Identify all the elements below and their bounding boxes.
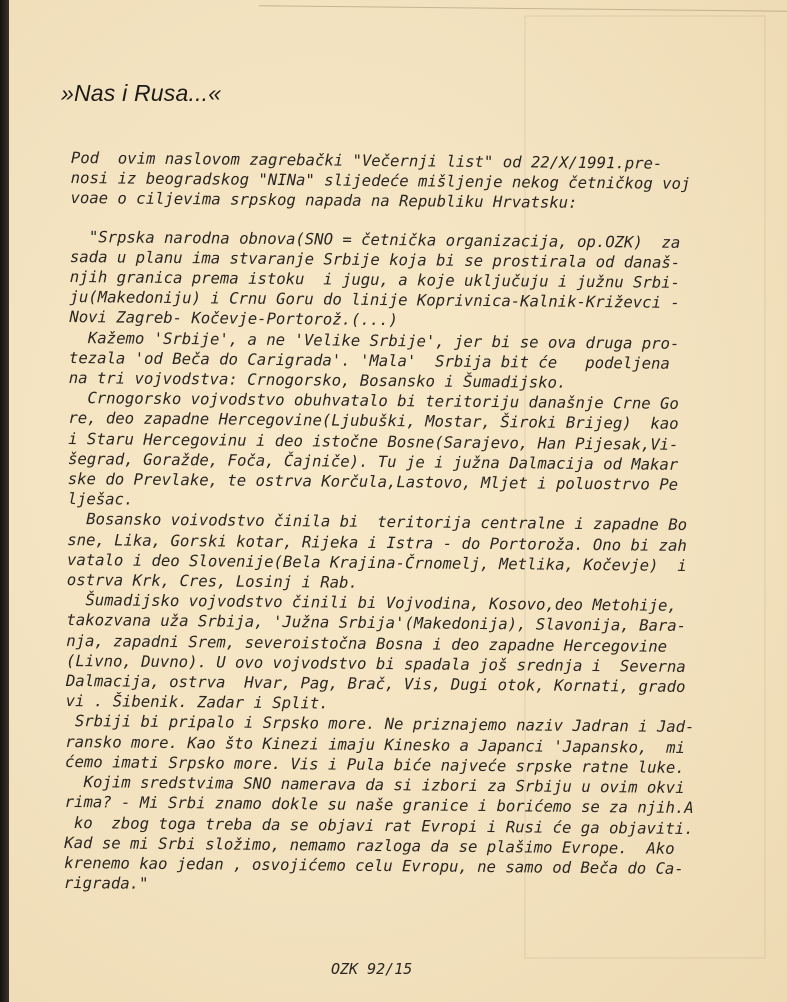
quoted-statement: "Srpska narodna obnova(SNO = četnička or… <box>64 227 750 900</box>
archive-reference: OZK 92/15 <box>331 960 412 978</box>
quote-paragraph: Šumadijsko vojvodstvo činili bi Vojvodin… <box>66 590 747 718</box>
quote-paragraph: Srbiji bi pripalo i Srpsko more. Ne priz… <box>65 711 746 778</box>
page-title: »Nas i Rusa...« <box>61 80 221 107</box>
quote-paragraph: "Srpska narodna obnova(SNO = četnička or… <box>69 227 750 335</box>
quote-paragraph: Crnogorsko vojvodstvo obuhvatalo bi teri… <box>68 388 749 516</box>
quote-paragraph: Bosansko voivodstvo činila bi teritorija… <box>67 509 748 596</box>
intro-paragraph: Pod ovim naslovom zagrebački "Večernji l… <box>70 148 751 215</box>
document-page: »Nas i Rusa...« Pod ovim naslovom zagreb… <box>9 0 787 1002</box>
quote-paragraph: Kojim sredstvima SNO namerava da si izbo… <box>64 772 745 900</box>
paper-fold-line <box>259 0 787 12</box>
quote-paragraph: Kažemo 'Srbije', a ne 'Velike Srbije', j… <box>69 328 750 395</box>
scan-left-edge <box>0 0 9 1002</box>
document-body: Pod ovim naslovom zagrebački "Večernji l… <box>64 148 751 900</box>
